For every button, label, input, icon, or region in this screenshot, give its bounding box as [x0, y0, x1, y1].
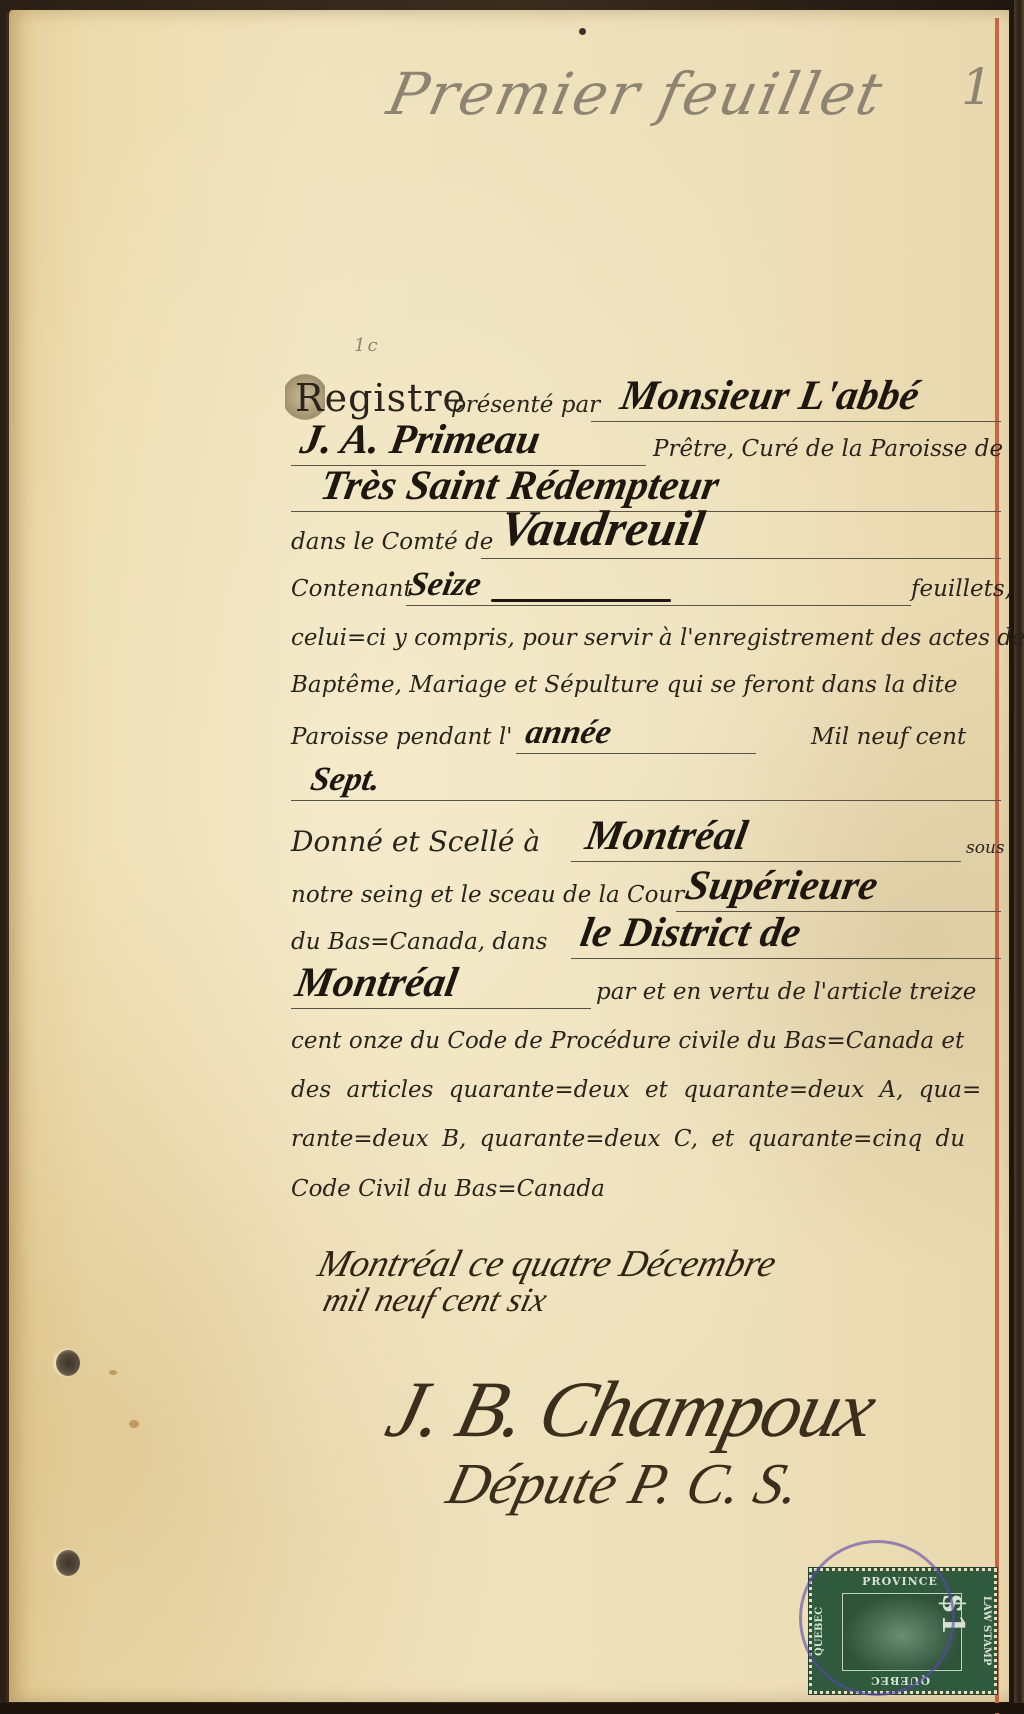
- form-line-purpose: celui=ci y compris, pour servir à l'enre…: [291, 615, 1003, 655]
- printed-text: du Bas=Canada, dans: [291, 929, 547, 955]
- binding-hole-lower: [56, 1550, 80, 1576]
- printed-text: Code Civil du Bas=Canada: [291, 1176, 605, 1202]
- printed-text: Donné et Scellé à: [291, 825, 540, 858]
- form-line-district-name: Montréal par et en vertu de l'article tr…: [291, 965, 1003, 1009]
- printed-text: notre seing et le sceau de la Cour: [291, 882, 684, 908]
- printed-text: rante=deux B, quarante=deux C, et quaran…: [291, 1126, 965, 1152]
- page-red-edge: [995, 18, 999, 1713]
- handwritten-county: Vaudreuil: [496, 499, 709, 557]
- fill-rule: [516, 753, 756, 754]
- stamp-cancel-mark-icon: [799, 1540, 955, 1696]
- handwritten-presenter: Monsieur L'abbé: [617, 372, 923, 420]
- handwritten-place: Montréal: [582, 812, 751, 860]
- handwritten-year-word: année: [523, 714, 615, 752]
- fill-rule: [481, 558, 1001, 559]
- printed-text: Baptême, Mariage et Sépulture qui se fer…: [291, 672, 958, 698]
- form-line-civil-code: Code Civil du Bas=Canada: [291, 1166, 1003, 1206]
- handwritten-district-name: Montréal: [292, 959, 461, 1007]
- printed-heading: Registre: [295, 376, 466, 420]
- printed-text: Mil neuf cent: [811, 724, 966, 750]
- printed-text: présenté par: [451, 392, 600, 418]
- book-bottom-edge: [0, 1703, 1024, 1713]
- handwritten-date-line2: mil neuf cent six: [319, 1282, 550, 1320]
- printed-text: Prêtre, Curé de la Paroisse de: [653, 436, 1003, 462]
- printed-text: dans le Comté de: [291, 529, 493, 555]
- printed-text: Paroisse pendant l': [291, 724, 513, 750]
- form-line-articles-2: rante=deux B, quarante=deux C, et quaran…: [291, 1116, 1003, 1156]
- form-line-code-procedure: cent onze du Code de Procédure civile du…: [291, 1018, 1003, 1058]
- page-number: 1: [961, 58, 995, 116]
- foxing-stain: [109, 1370, 117, 1375]
- printed-text: sous: [966, 838, 1005, 858]
- printed-text: des articles quarante=deux et quarante=d…: [291, 1077, 981, 1103]
- form-line-articles-1: des articles quarante=deux et quarante=d…: [291, 1067, 1003, 1107]
- form-line-court: notre seing et le sceau de la Cour Supér…: [291, 868, 1003, 912]
- book-cover-edge: [1014, 0, 1024, 1713]
- handwritten-date-line1: Montréal ce quatre Décembre: [314, 1242, 781, 1286]
- signature: J. B. Champoux: [378, 1365, 884, 1456]
- form-line-acts: Baptême, Mariage et Sépulture qui se fer…: [291, 662, 1003, 702]
- handwritten-priest-name: J. A. Primeau: [297, 416, 544, 464]
- ink-dot: [579, 28, 586, 35]
- form-line-district: du Bas=Canada, dans le District de: [291, 915, 1003, 959]
- fill-rule: [291, 800, 1001, 801]
- handwritten-court: Supérieure: [682, 862, 882, 910]
- stamp-side-right-text: LAW STAMP: [972, 1571, 992, 1691]
- book-background: Premier feuillet 1 1c Registre présenté …: [0, 0, 1024, 1713]
- form-line-priest: J. A. Primeau Prêtre, Curé de la Paroiss…: [291, 422, 1003, 466]
- form-line-leaves: Contenant Seize feuillets,: [291, 562, 1003, 606]
- handwritten-district: le District de: [577, 909, 805, 957]
- handwritten-year-value: Sept.: [308, 761, 384, 799]
- fill-rule: [406, 605, 911, 606]
- fill-rule: [291, 1008, 591, 1009]
- printed-text: cent onze du Code de Procédure civile du…: [291, 1028, 964, 1054]
- form-line-county: dans le Comté de Vaudreuil: [291, 515, 1003, 559]
- fill-rule: [571, 958, 1001, 959]
- register-page: Premier feuillet 1 1c Registre présenté …: [6, 10, 1009, 1702]
- header-title: Premier feuillet: [382, 60, 890, 128]
- signature-title: Député P. C. S.: [441, 1450, 808, 1517]
- handwritten-dash: [491, 599, 671, 602]
- margin-mark: 1c: [354, 335, 380, 356]
- form-line-year: Paroisse pendant l' année Mil neuf cent: [291, 710, 1003, 754]
- printed-text: par et en vertu de l'article treize: [596, 979, 976, 1005]
- foxing-stain: [129, 1420, 139, 1428]
- printed-text: celui=ci y compris, pour servir à l'enre…: [291, 625, 1024, 651]
- printed-text: feuillets,: [911, 576, 1012, 602]
- form-line-year-value: Sept.: [291, 757, 1003, 801]
- handwritten-leaf-count: Seize: [406, 566, 484, 604]
- form-line-given-at: Donné et Scellé à Montréal sous: [291, 812, 1003, 862]
- binding-hole-upper: [56, 1350, 80, 1376]
- printed-text: Contenant: [291, 576, 413, 602]
